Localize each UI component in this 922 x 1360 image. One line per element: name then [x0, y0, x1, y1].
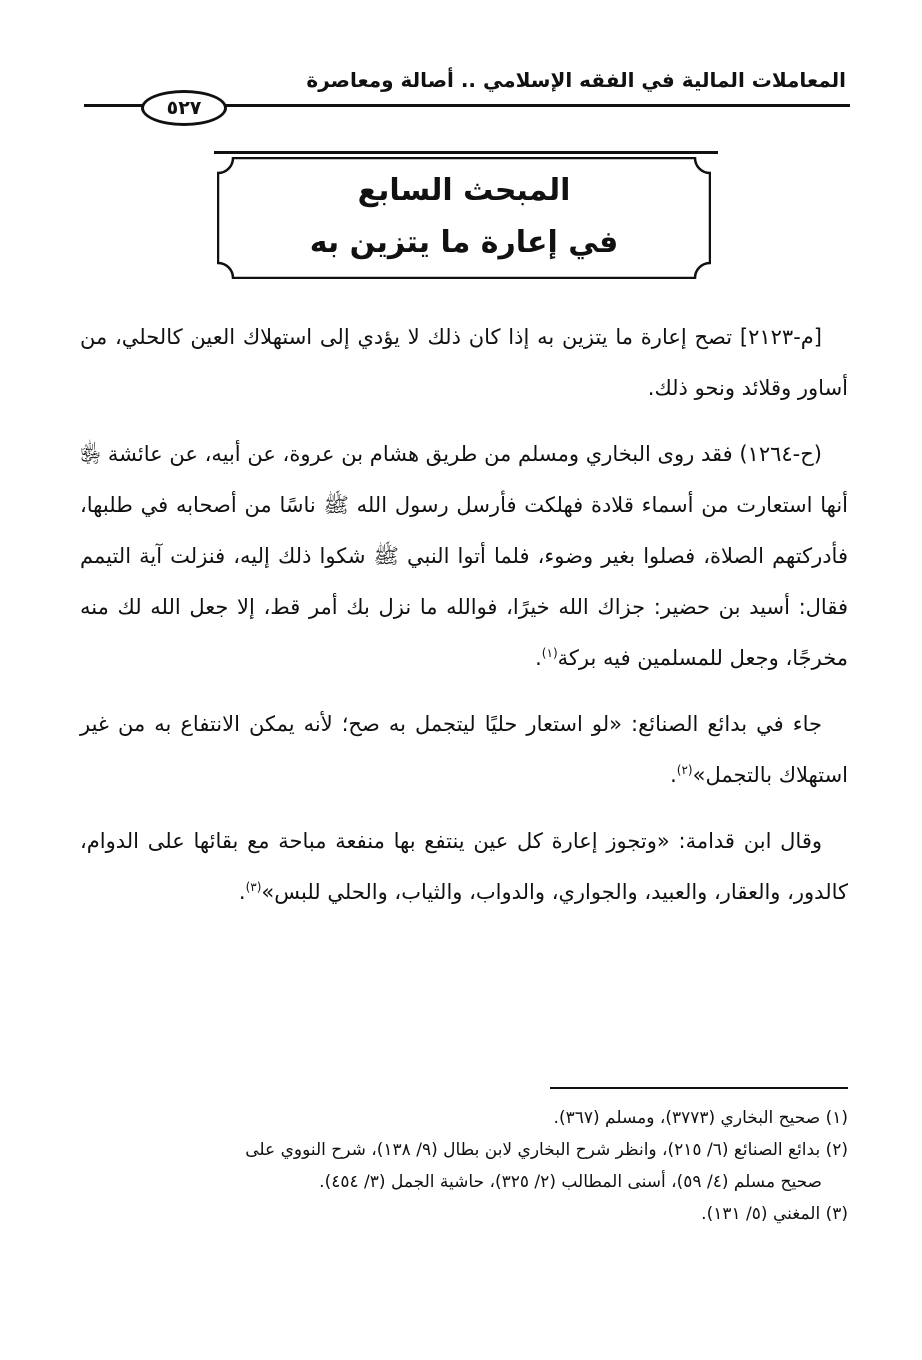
section-subheading: في إعارة ما يتزين به	[217, 225, 711, 260]
footnote-ref-2[interactable]: (٢)	[677, 763, 693, 777]
footnote-ref-3[interactable]: (٣)	[246, 880, 262, 894]
footnote-ref-1[interactable]: (١)	[542, 646, 558, 660]
body-text: [م-٢١٢٣] تصح إعارة ما يتزين به إذا كان ذ…	[80, 312, 848, 933]
title-top-rule	[214, 151, 718, 154]
footnotes: (١) صحيح البخاري (٣٧٧٣)، ومسلم (٣٦٧). (٢…	[80, 1102, 848, 1230]
footnote-2-continuation: صحيح مسلم (٤/ ٥٩)، أسنى المطالب (٢/ ٣٢٥)…	[80, 1166, 848, 1198]
paragraph-ibn-qudamah: وقال ابن قدامة: «وتجوز إعارة كل عين ينتف…	[80, 816, 848, 918]
footnote-separator	[550, 1087, 848, 1089]
section-heading: المبحث السابع	[217, 173, 711, 208]
paragraph-badai: جاء في بدائع الصنائع: «لو استعار حليًا ل…	[80, 699, 848, 801]
page-number-badge: ٥٢٧	[141, 90, 227, 126]
paragraph-ruling: [م-٢١٢٣] تصح إعارة ما يتزين به إذا كان ذ…	[80, 312, 848, 414]
footnote-3: (٣) المغني (٥/ ١٣١).	[80, 1198, 848, 1230]
paragraph-hadith: (ح-١٢٦٤) فقد روى البخاري ومسلم من طريق ه…	[80, 429, 848, 684]
footnote-1: (١) صحيح البخاري (٣٧٧٣)، ومسلم (٣٦٧).	[80, 1102, 848, 1134]
section-title-frame: المبحث السابع في إعارة ما يتزين به	[217, 157, 711, 279]
footnote-2: (٢) بدائع الصنائع (٦/ ٢١٥)، وانظر شرح ال…	[80, 1134, 848, 1198]
book-page: المعاملات المالية في الفقه الإسلامي .. أ…	[0, 0, 922, 1360]
running-header-title: المعاملات المالية في الفقه الإسلامي .. أ…	[306, 68, 846, 92]
